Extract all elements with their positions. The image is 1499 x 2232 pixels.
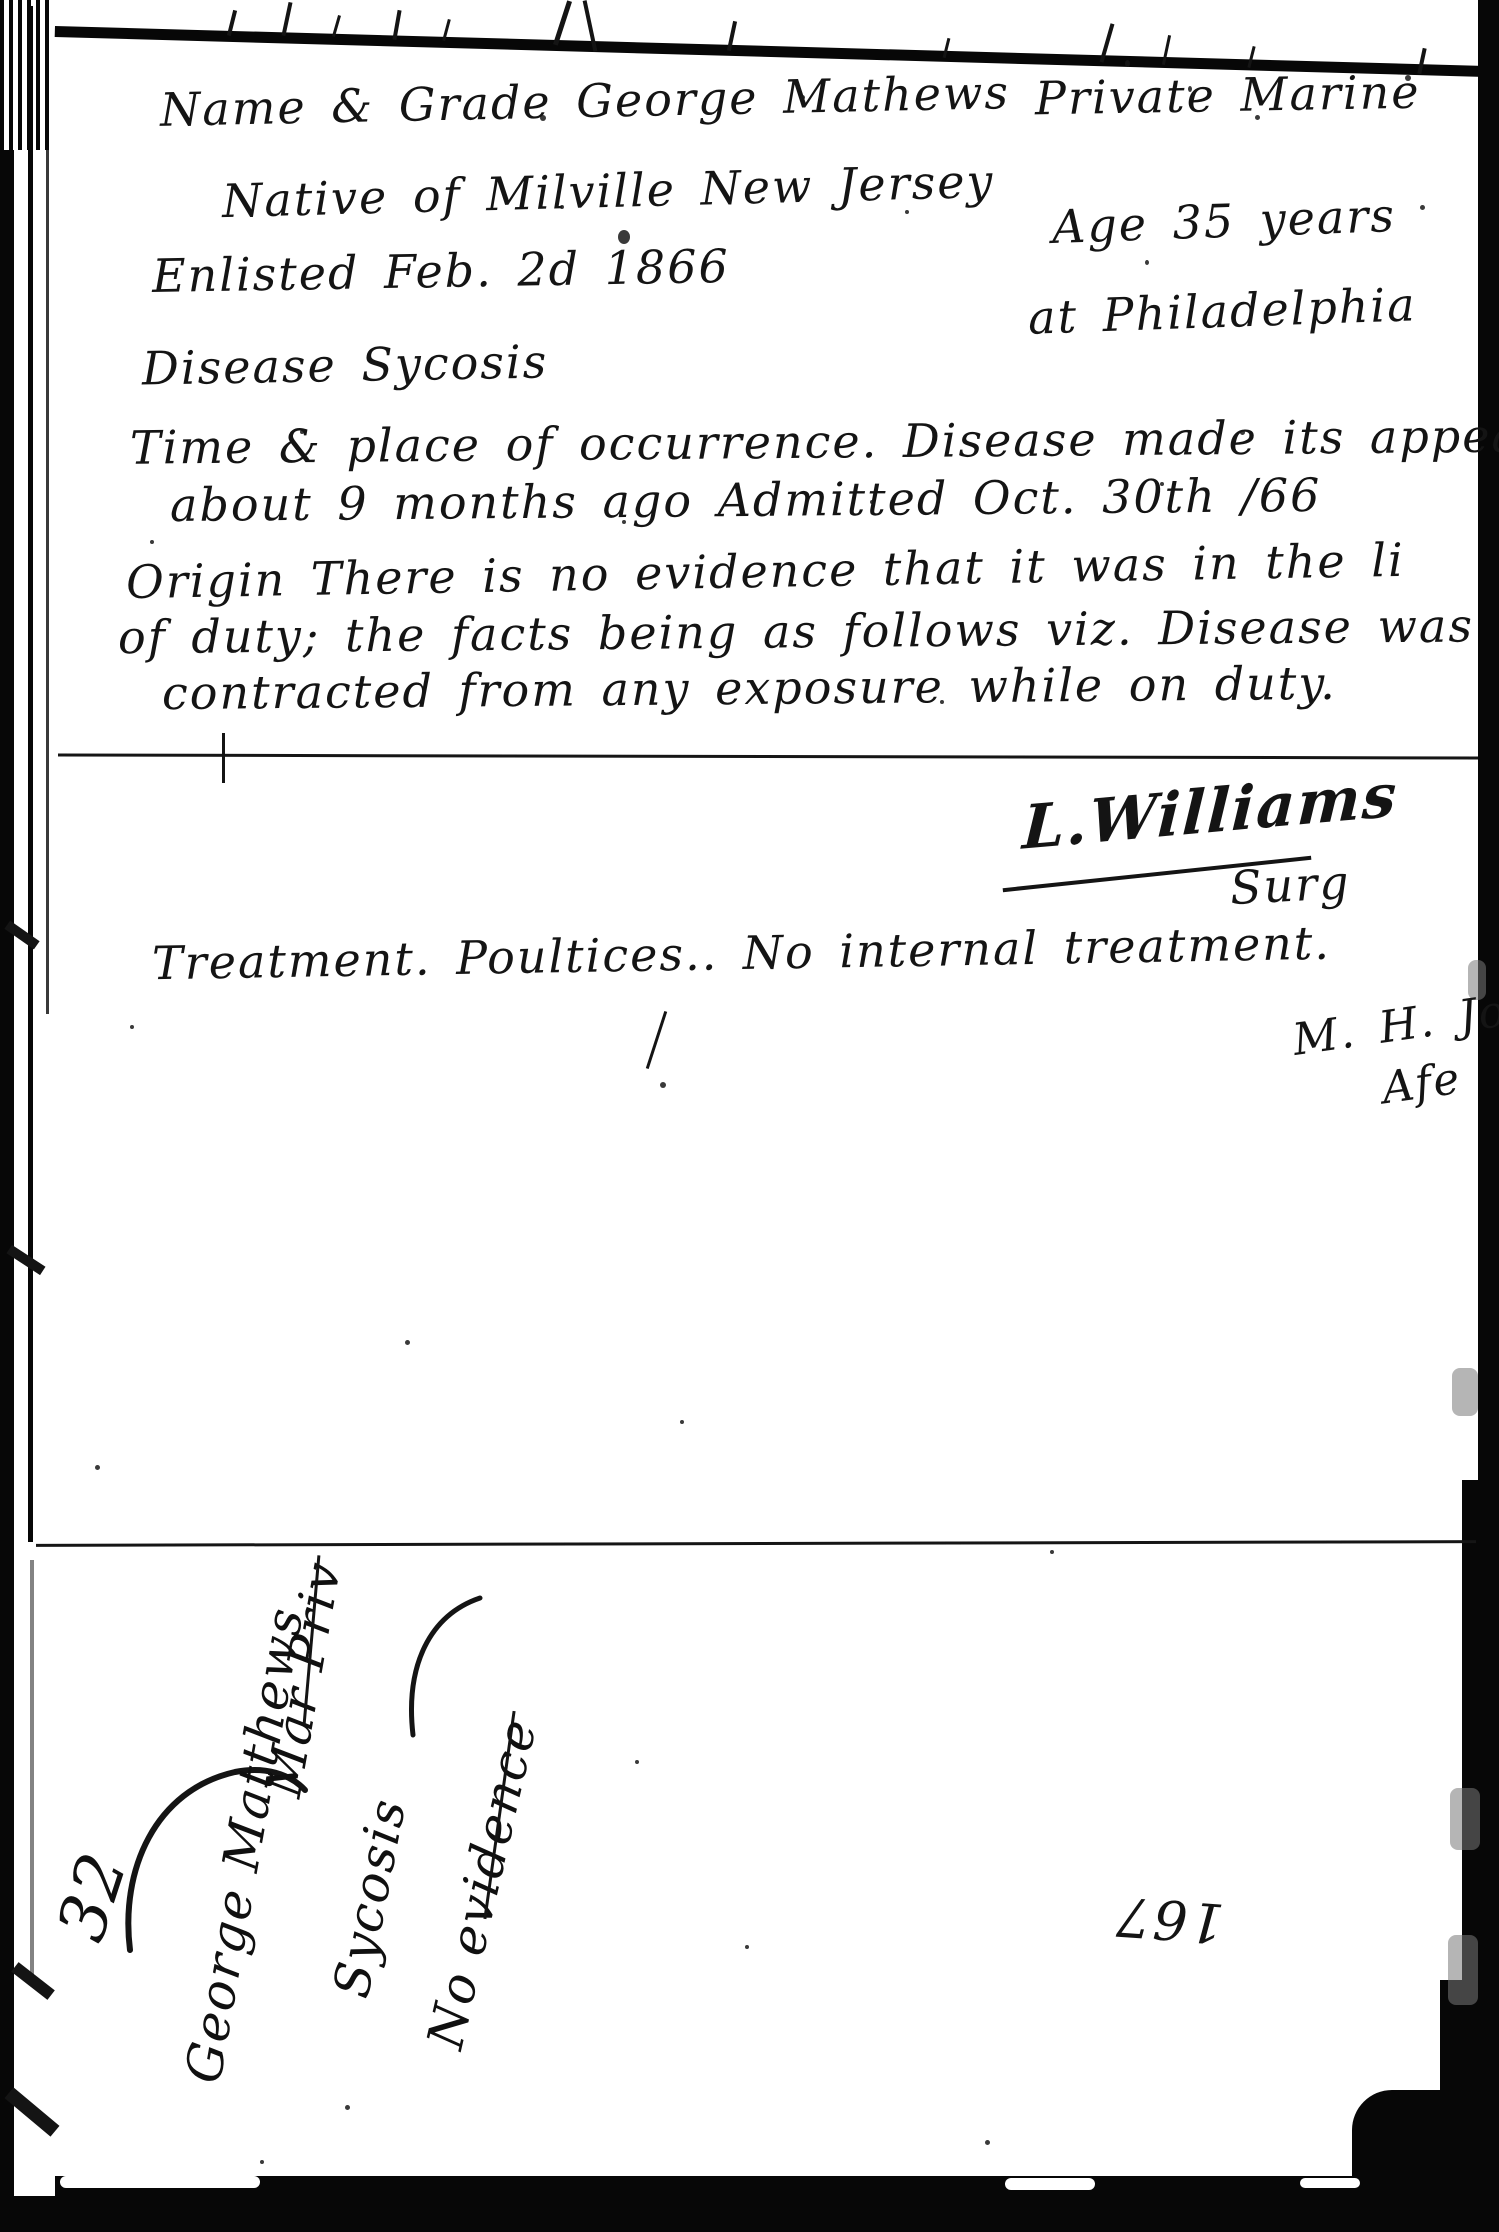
second-signature-line2: Afe bbox=[1379, 1057, 1464, 1112]
field-origin-line2: of duty; the facts being as follows viz.… bbox=[118, 602, 1499, 661]
ink-speck bbox=[618, 230, 630, 244]
surgeon-title: Surg bbox=[1229, 859, 1352, 911]
docket-disease: Sycosis bbox=[326, 1794, 414, 2002]
field-occurrence-line2: about 9 months ago Admitted Oct. 30th /6… bbox=[170, 472, 1322, 528]
margin-ghost-mark bbox=[1450, 1788, 1480, 1850]
field-occurrence-line1: Time & place of occurrence. Disease made… bbox=[130, 411, 1499, 470]
ink-speck bbox=[745, 1945, 749, 1949]
ink-speck bbox=[870, 500, 874, 504]
ink-speck bbox=[660, 1082, 666, 1088]
field-name-grade: Name & Grade George Mathews bbox=[160, 69, 1011, 133]
section-rule-2 bbox=[36, 1540, 1476, 1547]
field-native: Native of Milville New Jersey bbox=[222, 158, 995, 224]
margin-ghost-mark bbox=[1448, 1935, 1478, 2005]
cutoff-stroke bbox=[553, 0, 572, 45]
docket-swash bbox=[395, 1590, 495, 1740]
edge-notch bbox=[1005, 2178, 1095, 2190]
ink-speck bbox=[95, 1465, 100, 1470]
binding-hatch-corner bbox=[0, 0, 52, 150]
scan-edge-left bbox=[0, 0, 14, 2232]
ink-speck bbox=[540, 115, 546, 121]
field-enlisted-at: at Philadelphia bbox=[1027, 281, 1417, 341]
binding-line-lower bbox=[30, 1560, 34, 1980]
scanned-document-page: Name & Grade George Mathews Private Mari… bbox=[0, 0, 1499, 2232]
ink-speck bbox=[130, 1025, 134, 1029]
surgeon-signature: L.Williams bbox=[1021, 765, 1399, 858]
scan-edge-bottom bbox=[0, 2196, 1499, 2232]
pen-tick bbox=[222, 733, 225, 783]
section-rule-1 bbox=[58, 754, 1478, 760]
cutoff-stroke bbox=[282, 2, 293, 36]
pen-slash bbox=[646, 1011, 667, 1069]
page-number: 167 bbox=[1113, 1888, 1226, 1949]
field-disease: Disease Sycosis bbox=[142, 338, 549, 391]
ink-speck bbox=[622, 520, 626, 524]
ink-speck bbox=[1405, 75, 1411, 81]
ink-speck bbox=[300, 430, 304, 434]
ink-speck bbox=[1050, 1550, 1054, 1554]
ink-speck bbox=[800, 95, 805, 100]
ink-speck bbox=[260, 2160, 264, 2164]
ink-speck bbox=[405, 1340, 410, 1345]
ink-speck bbox=[940, 700, 944, 704]
ink-speck bbox=[680, 1420, 684, 1424]
margin-ghost-mark bbox=[1452, 1368, 1478, 1416]
binding-line-inner2 bbox=[46, 14, 49, 1014]
field-origin-line3: contracted from any exposure while on du… bbox=[162, 660, 1337, 716]
ink-speck bbox=[1420, 205, 1425, 210]
ink-speck bbox=[635, 1760, 639, 1764]
ink-speck bbox=[1145, 260, 1149, 265]
field-rank: Private Marine bbox=[1035, 69, 1421, 122]
ink-speck bbox=[345, 2105, 350, 2110]
ink-speck bbox=[1240, 430, 1245, 435]
docket-origin-note: No evidence bbox=[420, 1714, 545, 2054]
edge-notch bbox=[1300, 2178, 1360, 2188]
binding-line-inner bbox=[28, 6, 33, 1542]
ink-speck bbox=[150, 540, 154, 544]
field-age: Age 35 years bbox=[1051, 192, 1396, 250]
ink-speck bbox=[1255, 115, 1260, 120]
field-treatment: Treatment. Poultices.. No internal treat… bbox=[152, 920, 1332, 987]
ink-speck bbox=[985, 2140, 990, 2145]
field-origin-line1: Origin There is no evidence that it was … bbox=[126, 537, 1405, 605]
ink-speck bbox=[905, 210, 909, 214]
field-enlisted: Enlisted Feb. 2d 1866 bbox=[152, 243, 730, 299]
ink-speck bbox=[1125, 60, 1130, 67]
edge-notch bbox=[60, 2176, 260, 2188]
ink-speck bbox=[1160, 482, 1164, 486]
second-signature: M. H. Jon bbox=[1290, 985, 1499, 1063]
ink-speck bbox=[1188, 86, 1192, 92]
ink-speck bbox=[560, 205, 564, 209]
